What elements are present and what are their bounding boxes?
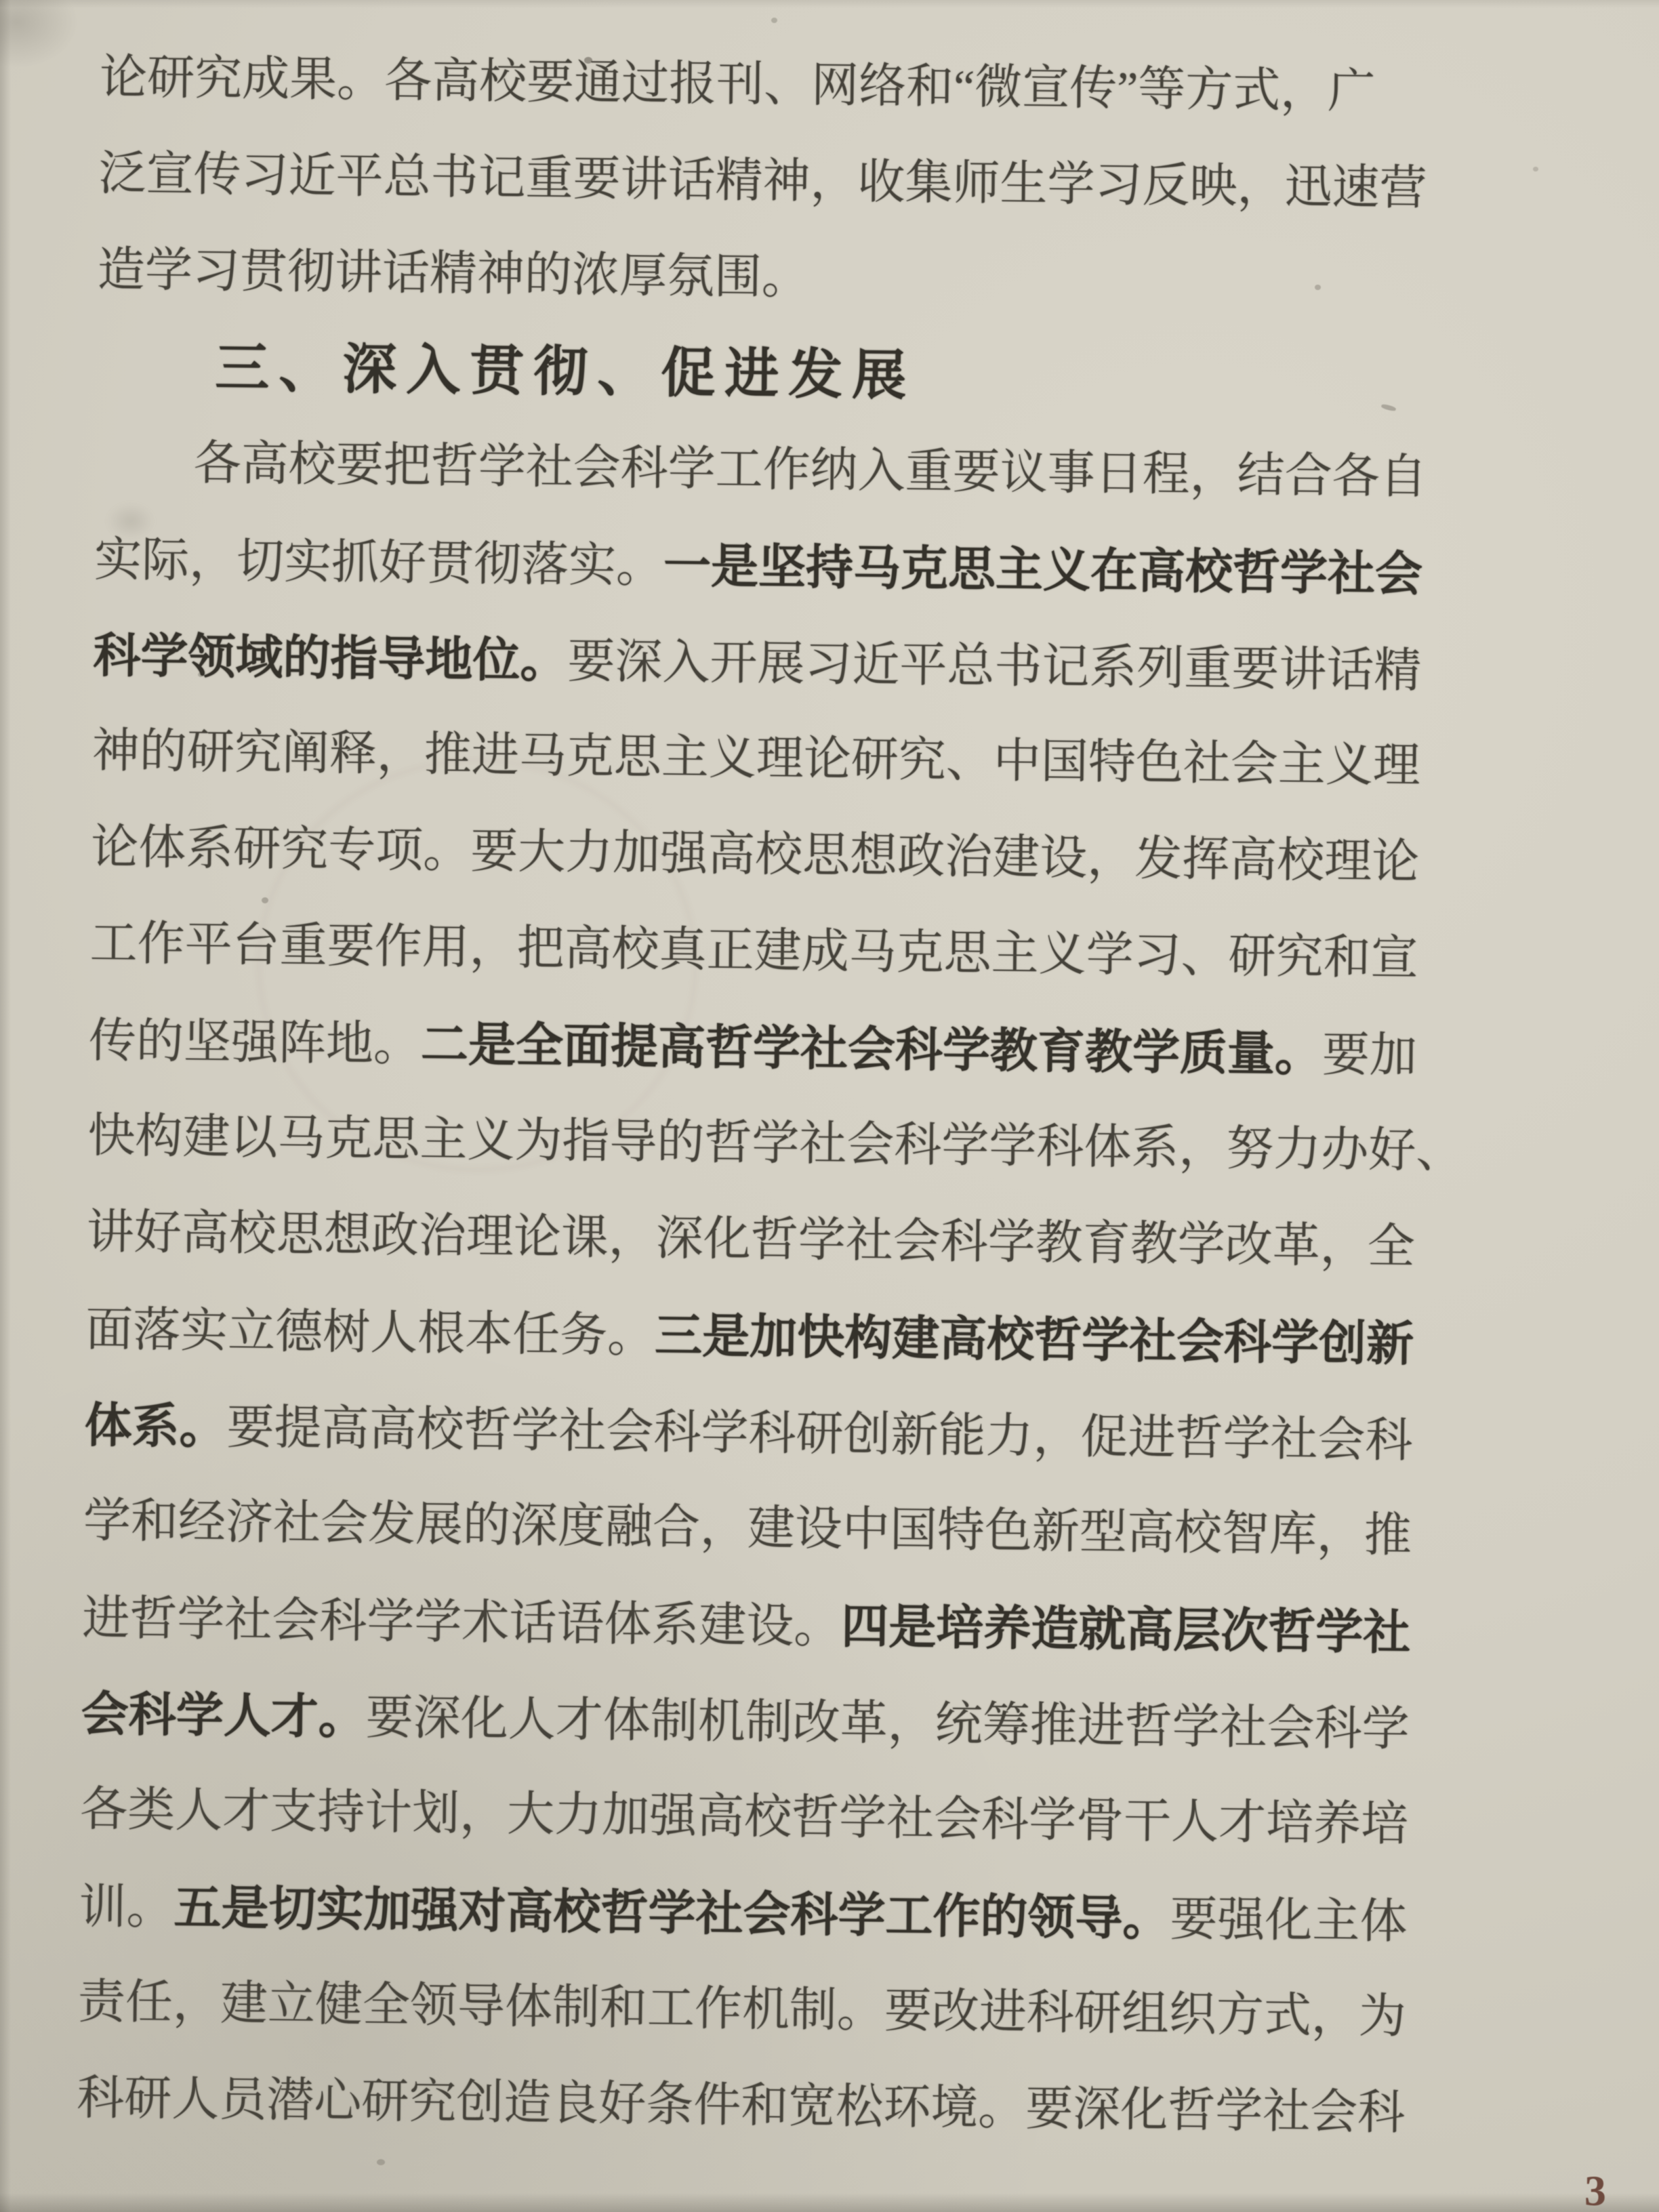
text-line: 造学习贯彻讲话精神的浓厚氛围。 <box>97 222 1487 334</box>
text-line: 论研究成果。各高校要通过报刊、网络和“微宣传”等方式，广 <box>99 30 1489 142</box>
text-line: 科研人员潜心研究创造良好条件和宽松环境。要深化哲学社会科 <box>77 2051 1467 2163</box>
text-segment: 快构建以马克思主义为指导的哲学社会科学学科体系，努力办好、 <box>87 1110 1464 1178</box>
text-line: 各高校要把哲学社会科学工作纳入重要议事日程，结合各自 <box>95 415 1485 527</box>
text-segment: 造学习贯彻讲话精神的浓厚氛围。 <box>98 244 810 304</box>
emphasized-text-segment: 三、深入贯彻、促进发展 <box>215 337 916 406</box>
text-line: 讲好高校思想政治理论课，深化哲学社会科学教育教学改革，全 <box>86 1185 1476 1296</box>
text-segment: 讲好高校思想政治理论课，深化哲学社会科学教育教学改革，全 <box>86 1206 1415 1273</box>
text-segment: 科研人员潜心研究创造良好条件和宽松环境。要深化哲学社会科 <box>77 2072 1406 2139</box>
text-segment: 神的研究阐释，推进马克思主义理论研究、中国特色社会主义理 <box>91 725 1420 792</box>
text-line: 论体系研究专项。要大力加强高校思想政治建设，发挥高校理论 <box>91 800 1481 912</box>
emphasized-text-segment: 体系。 <box>84 1399 227 1453</box>
text-line: 体系。要提高高校哲学社会科学科研创新能力，促进哲学社会科 <box>84 1377 1474 1489</box>
text-segment: 论研究成果。各高校要通过报刊、网络和“微宣传”等方式，广 <box>100 52 1376 118</box>
dust-speck <box>1533 167 1538 171</box>
dust-speck <box>377 2159 385 2165</box>
text-segment: 要深化人才体制机制改革，统筹推进哲学社会科学 <box>365 1692 1410 1756</box>
text-line: 神的研究阐释，推进马克思主义理论研究、中国特色社会主义理 <box>91 703 1481 815</box>
text-line: 快构建以马克思主义为指导的哲学社会科学学科体系，努力办好、 <box>87 1088 1477 1200</box>
text-line: 进哲学社会科学学术话语体系建设。四是培养造就高层次哲学社 <box>82 1570 1472 1681</box>
text-line: 各类人才支持计划，大力加强高校哲学社会科学骨干人才培养培 <box>79 1762 1469 1874</box>
text-line: 传的坚强阵地。二是全面提高哲学社会科学教育教学质量。要加 <box>88 992 1478 1104</box>
section-heading: 三、深入贯彻、促进发展 <box>96 319 1486 430</box>
emphasized-text-segment: 五是切实加强对高校哲学社会科学工作的领导。 <box>173 1881 1170 1945</box>
text-segment: 实际，切实抓好贯彻落实。 <box>94 534 664 593</box>
text-segment: 传的坚强阵地。 <box>89 1015 422 1071</box>
text-segment: 进哲学社会科学学术话语体系建设。 <box>82 1593 842 1654</box>
text-line: 会科学人才。要深化人才体制机制改革，统筹推进哲学社会科学 <box>81 1666 1471 1778</box>
text-segment: 面落实立德树人根本任务。 <box>85 1304 655 1363</box>
text-line: 工作平台重要作用，把高校真正建成马克思主义学习、研究和宣 <box>89 896 1479 1008</box>
text-segment: 工作平台重要作用，把高校真正建成马克思主义学习、研究和宣 <box>89 918 1418 985</box>
text-line: 学和经济社会发展的深度融合，建设中国特色新型高校智库，推 <box>83 1473 1473 1585</box>
emphasized-text-segment: 科学领域的指导地位。 <box>93 629 568 687</box>
text-line: 泛宣传习近平总书记重要讲话精神，收集师生学习反映，迅速营 <box>98 126 1488 238</box>
text-line: 实际，切实抓好贯彻落实。一是坚持马克思主义在高校哲学社会 <box>94 511 1483 623</box>
emphasized-text-segment: 三是加快构建高校哲学社会科学创新 <box>655 1309 1414 1370</box>
text-line: 责任，建立健全领导体制和工作机制。要改进科研组织方式，为 <box>77 1954 1467 2066</box>
text-segment: 要加 <box>1322 1029 1418 1083</box>
text-line: 面落实立德树人根本任务。三是加快构建高校哲学社会科学创新 <box>85 1281 1475 1393</box>
text-segment: 责任，建立健全领导体制和工作机制。要改进科研组织方式，为 <box>78 1976 1407 2043</box>
emphasized-text-segment: 四是培养造就高层次哲学社 <box>841 1600 1411 1660</box>
text-line: 训。五是切实加强对高校哲学社会科学工作的领导。要强化主体 <box>79 1858 1469 1970</box>
text-segment: 各高校要把哲学社会科学工作纳入重要议事日程，结合各自 <box>193 438 1427 504</box>
text-segment: 各类人才支持计划，大力加强高校哲学社会科学骨干人才培养培 <box>80 1784 1409 1851</box>
text-segment: 要强化主体 <box>1170 1893 1408 1948</box>
text-segment: 泛宣传习近平总书记重要讲话精神，收集师生学习反映，迅速营 <box>98 148 1427 215</box>
emphasized-text-segment: 会科学人才。 <box>81 1687 366 1744</box>
emphasized-text-segment: 二是全面提高哲学社会科学教育教学质量。 <box>421 1017 1323 1080</box>
text-segment: 论体系研究专项。要大力加强高校思想政治建设，发挥高校理论 <box>91 821 1420 888</box>
page-number: 3 <box>1584 2166 1607 2212</box>
text-line: 科学领域的指导地位。要深入开展习近平总书记系列重要讲话精 <box>93 607 1483 719</box>
dust-speck <box>771 18 777 23</box>
text-segment: 要提高高校哲学社会科学科研创新能力，促进哲学社会科 <box>226 1401 1413 1467</box>
text-segment: 要深入开展习近平总书记系列重要讲话精 <box>567 636 1422 697</box>
emphasized-text-segment: 一是坚持马克思主义在高校哲学社会 <box>663 539 1423 600</box>
text-segment: 训。 <box>79 1881 174 1935</box>
text-segment: 学和经济社会发展的深度融合，建设中国特色新型高校智库，推 <box>83 1495 1412 1562</box>
photographed-document-page: { "colors":{ "paper":"#d1cdc1", "ink":"#… <box>0 0 1659 2212</box>
document-text-block: 论研究成果。各高校要通过报刊、网络和“微宣传”等方式，广泛宣传习近平总书记重要讲… <box>77 30 1490 2163</box>
